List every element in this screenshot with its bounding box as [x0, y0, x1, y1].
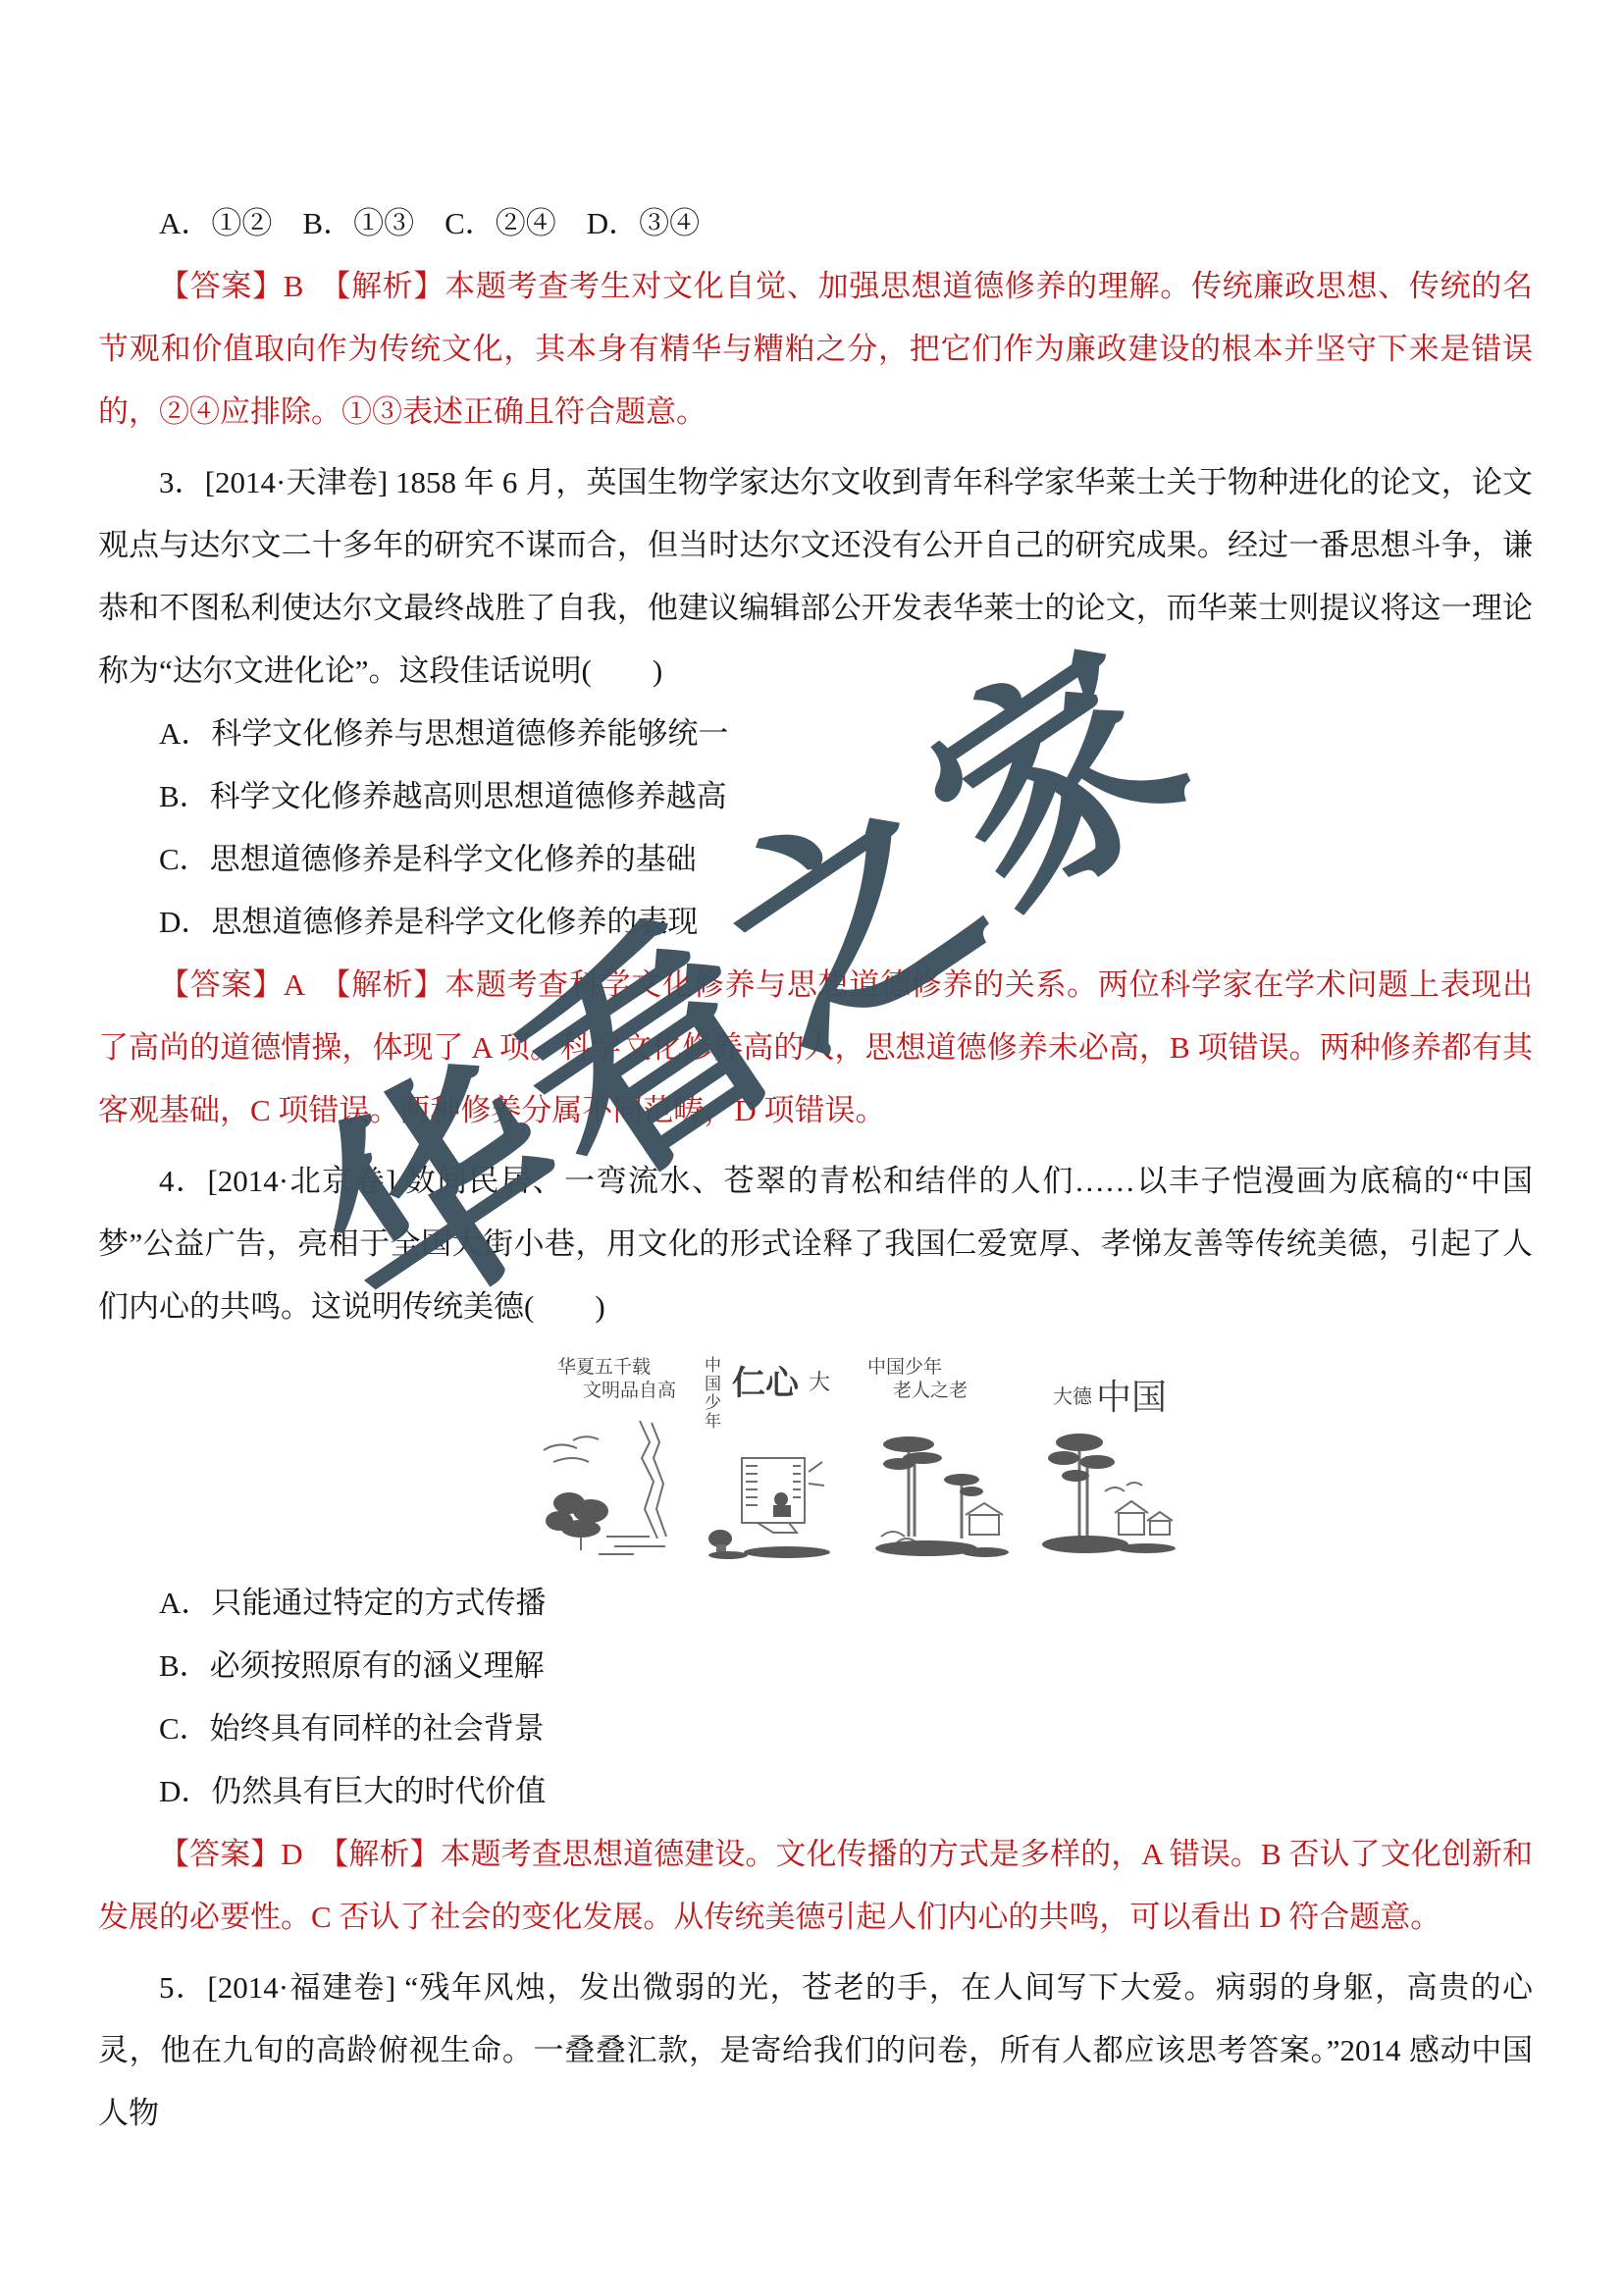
landscape-cliff-drawing — [530, 1413, 677, 1560]
question-3-stem: 3．[2014·天津卷] 1858 年 6 月，英国生物学家达尔文收到青年科学家… — [98, 451, 1533, 703]
panel-caption-small: 大 — [809, 1366, 830, 1396]
question-4-option-b: B．必须按照原有的涵义理解 — [98, 1635, 1533, 1697]
document-body: A．①② B．①③ C．②④ D．③④ 【答案】B 【解析】本题考查考生对文化自… — [98, 192, 1533, 2145]
question-3-option-c: C．思想道德修养是科学文化修养的基础 — [98, 828, 1533, 891]
question-2-answer-analysis: 【答案】B 【解析】本题考查考生对文化自觉、加强思想道德修养的理解。传统廉政思想… — [98, 255, 1533, 444]
question-3-option-d: D．思想道德修养是科学文化修养的表现 — [98, 891, 1533, 954]
question-5-stem: 5．[2014·福建卷] “残年风烛，发出微弱的光，苍老的手，在人间写下大爱。病… — [98, 1957, 1533, 2145]
question-4-option-a: A．只能通过特定的方式传播 — [98, 1572, 1533, 1635]
building-window-drawing — [699, 1454, 846, 1560]
comic-panel-renxin: 中国少年 仁心 大 — [699, 1356, 846, 1560]
panel-caption-small: 大德 — [1053, 1386, 1092, 1408]
question-3-option-b: B．科学文化修养越高则思想道德修养越高 — [98, 765, 1533, 828]
comic-panel-dade: 大德 中国 — [1036, 1356, 1183, 1560]
question-3-option-a: A．科学文化修养与思想道德修养能够统一 — [98, 703, 1533, 765]
panel-caption-vertical: 中国少年 — [701, 1356, 720, 1431]
question-3-answer-analysis: 【答案】A 【解析】本题考查科学文化修养与思想道德修养的关系。两位科学家在学术问… — [98, 954, 1533, 1142]
trees-village-drawing — [1036, 1423, 1183, 1560]
question-4-option-c: C．始终具有同样的社会背景 — [98, 1697, 1533, 1760]
exam-document-page: { "watermark": { "text": "华看之家", "color"… — [0, 0, 1623, 2296]
pine-trees-drawing — [867, 1421, 1015, 1560]
panel-caption: 大德 中国 — [1036, 1356, 1183, 1420]
panel-caption-big: 中国 — [1096, 1378, 1167, 1417]
panel-caption-line: 华夏五千载 — [557, 1356, 677, 1380]
panel-caption-line: 老人之老 — [867, 1380, 1015, 1403]
comic-panel-huaxia: 华夏五千载 文明品自高 — [530, 1356, 677, 1560]
panel-caption-line: 文明品自高 — [557, 1380, 677, 1403]
panel-caption-line: 中国少年 — [867, 1356, 1015, 1380]
question-4-answer-analysis: 【答案】D 【解析】本题考查思想道德建设。文化传播的方式是多样的，A 错误。B … — [98, 1823, 1533, 1949]
question-4-option-d: D．仍然具有巨大的时代价值 — [98, 1760, 1533, 1823]
panel-caption: 华夏五千载 文明品自高 — [530, 1356, 677, 1403]
comic-illustration-strip: 华夏五千载 文明品自高 中国少年 — [530, 1356, 1533, 1560]
comic-panel-laoren: 中国少年 老人之老 — [867, 1356, 1015, 1560]
question-2-options-line: A．①② B．①③ C．②④ D．③④ — [98, 192, 1533, 255]
panel-caption-big: 仁心 — [732, 1356, 799, 1404]
question-4-stem: 4．[2014·北京卷] 数间民居、一弯流水、苍翠的青松和结伴的人们……以丰子恺… — [98, 1150, 1533, 1338]
